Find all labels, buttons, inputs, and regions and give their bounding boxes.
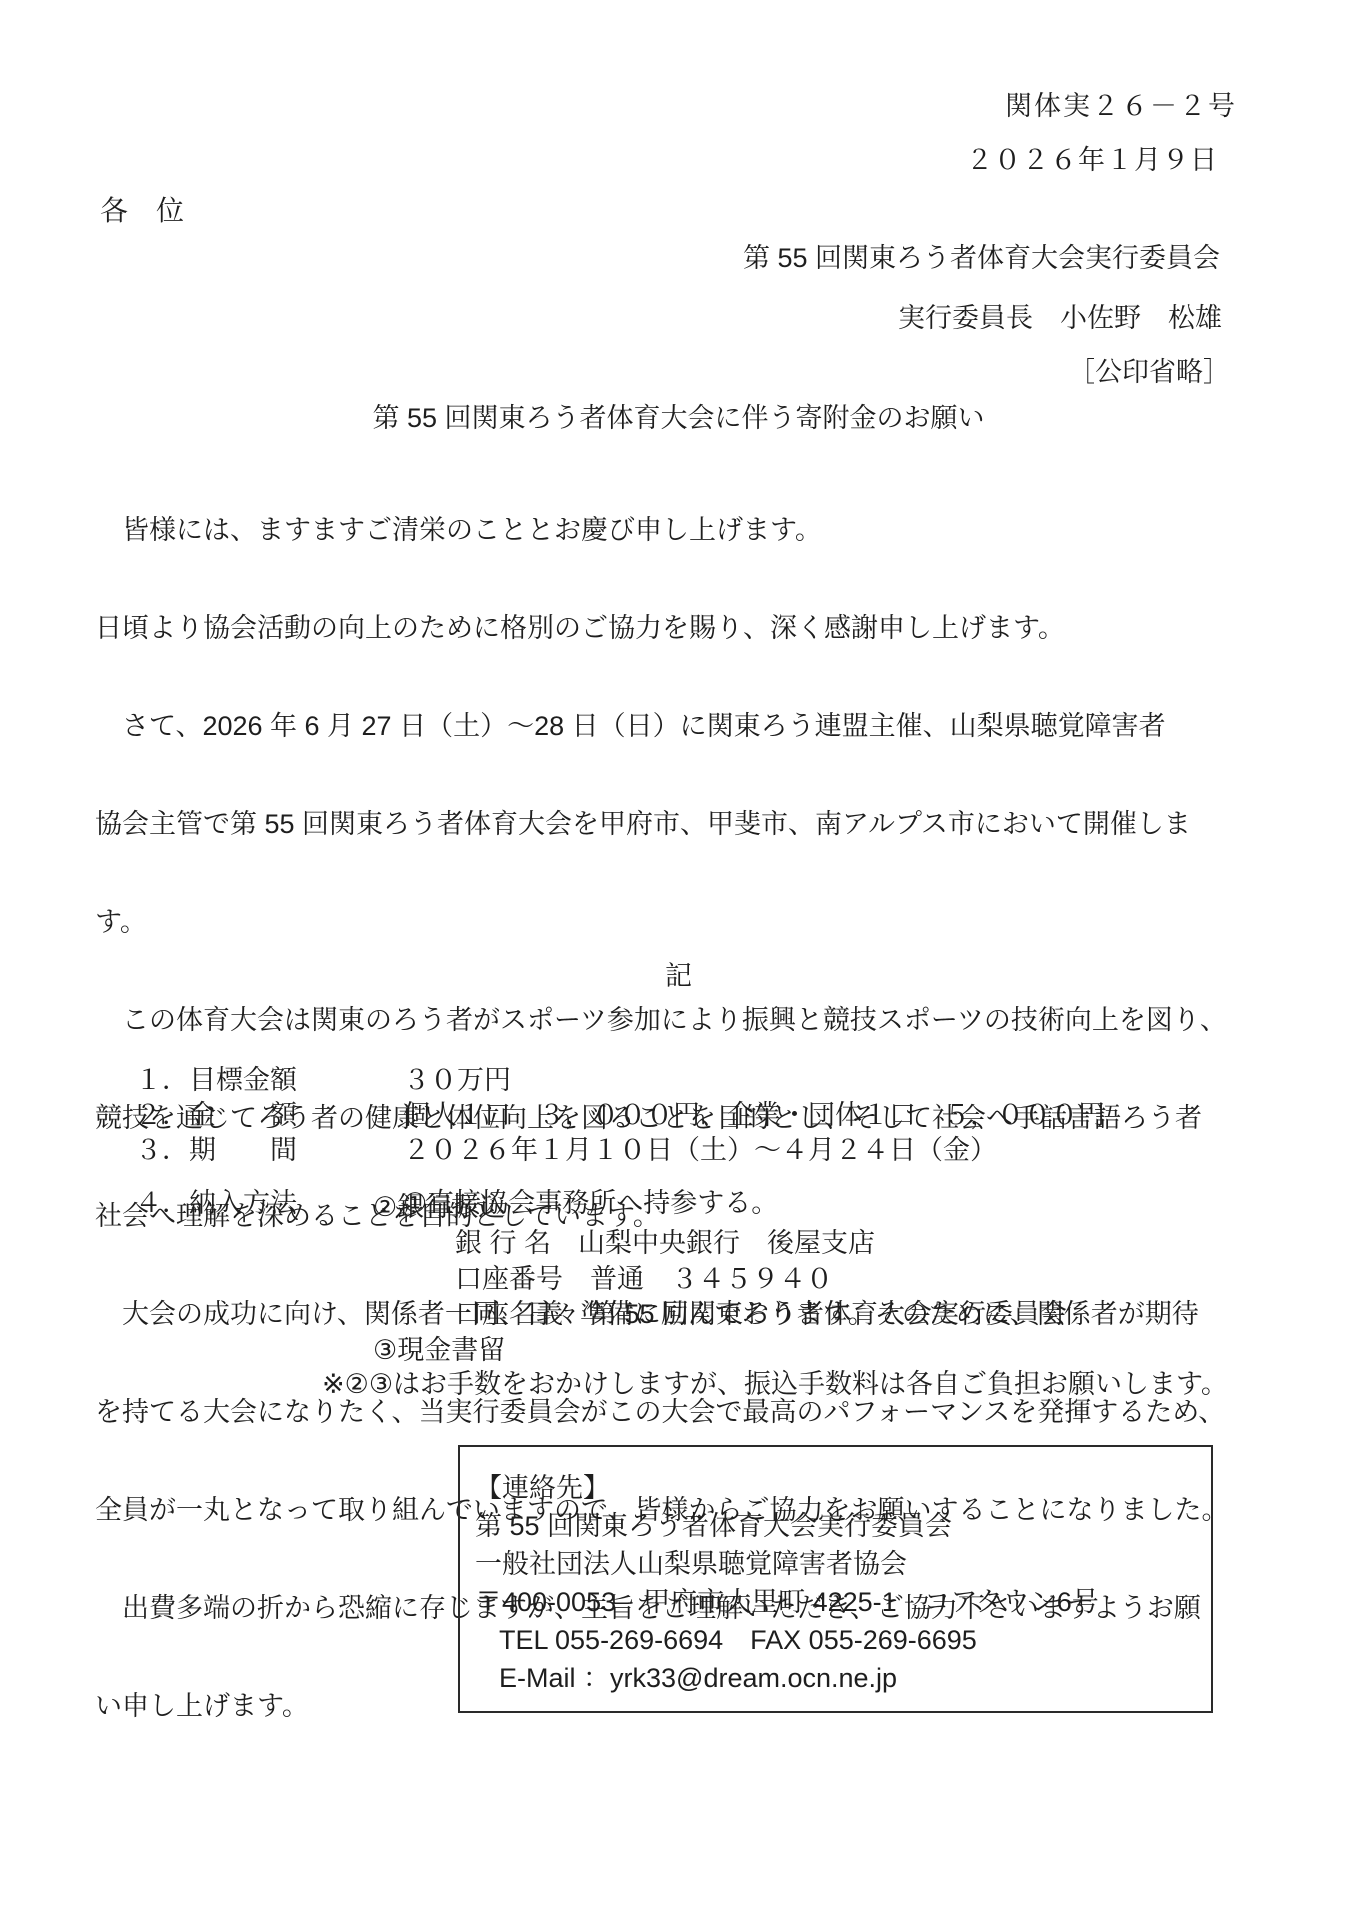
body-line: さて、2026 年 6 月 27 日（土）～28 日（日）に関東ろう連盟主催、山…	[95, 708, 1245, 744]
contact-box: 【連絡先】 第 55 回関東ろう者体育大会実行委員会 一般社団法人山梨県聴覚障害…	[458, 1445, 1213, 1713]
transfer-fee-note: ※②③はお手数をおかけしますが、振込手数料は各自ご負担お願いします。	[322, 1362, 1228, 1401]
body-line: 協会主管で第 55 回関東ろう者体育大会を甲府市、甲斐市、南アルプス市において開…	[95, 806, 1245, 842]
body-line: す。	[95, 904, 1245, 940]
bank-transfer-heading: ②銀行振込	[373, 1185, 505, 1224]
notation-marker: 記	[0, 954, 1357, 993]
document-title: 第 55 回関東ろう者体育大会に伴う寄附金のお願い	[0, 396, 1357, 435]
sender-organization: 第 55 回関東ろう者体育大会実行委員会	[743, 236, 1220, 275]
body-line: 日頃より協会活動の向上のために格別のご協力を賜り、深く感謝申し上げます。	[95, 610, 1245, 646]
contact-address: 〒400-0053 甲府市大里町 4225-1 コアタウン6号	[475, 1583, 1201, 1621]
contact-tel-fax: TEL 055-269-6694 FAX 055-269-6695	[499, 1621, 1201, 1659]
account-name-line: 口座名義 第 55 回関東ろう者体育大会実行委員会	[455, 1292, 1067, 1331]
contact-association: 一般社団法人山梨県聴覚障害者協会	[475, 1545, 1201, 1583]
sender-representative: 実行委員長 小佐野 松雄	[898, 296, 1222, 335]
contact-heading: 【連絡先】	[475, 1469, 1201, 1507]
seal-omitted-note: ［公印省略］	[1068, 350, 1230, 389]
issue-date: ２０２６年１月９日	[966, 138, 1218, 177]
body-line: 皆様には、ますますご清栄のこととお慶び申し上げます。	[95, 512, 1245, 548]
contact-organization: 第 55 回関東ろう者体育大会実行委員会	[475, 1507, 1201, 1545]
account-number-line: 口座番号 普通 ３４５９４０	[455, 1257, 833, 1296]
item-label: ４．納入方法	[135, 1181, 403, 1220]
addressee: 各 位	[100, 189, 184, 229]
bank-name-line: 銀 行 名 山梨中央銀行 後屋支店	[455, 1221, 875, 1260]
scanned-letter-page: 関体実２６－２号 ２０２６年１月９日 各 位 第 55 回関東ろう者体育大会実行…	[0, 0, 1357, 1920]
contact-email: E-Mail ：yrk33@dream.ocn.ne.jp	[499, 1659, 1201, 1697]
doc-number: 関体実２６－２号	[1005, 84, 1237, 123]
